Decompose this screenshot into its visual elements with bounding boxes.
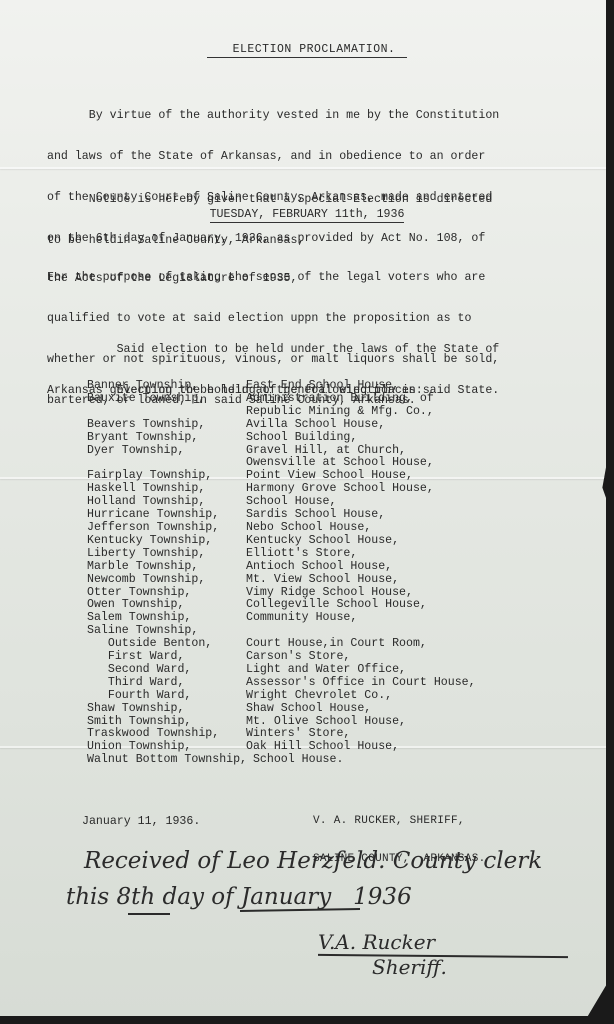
- date-signed: January 11, 1936.: [82, 815, 200, 828]
- list-item: Second Ward,Light and Water Office,: [87, 664, 476, 677]
- list-item: Jefferson Township,Nebo School House,: [87, 522, 476, 535]
- handwritten-receipt-line-1: Received of Leo Herzfeld. County clerk: [84, 848, 542, 874]
- list-item: Bauxite Township,Administration Building…: [87, 393, 476, 406]
- polling-places-list: Banner Township,East End School House, B…: [87, 380, 476, 767]
- handwritten-month: January: [241, 884, 331, 910]
- handwritten-receipt-line-2: this 8th day of January 1936: [66, 884, 412, 910]
- list-item: Banner Township,East End School House,: [87, 380, 476, 393]
- list-item: Kentucky Township,Kentucky School House,: [87, 535, 476, 548]
- list-item: First Ward,Carson's Store,: [87, 651, 476, 664]
- sheriff-signature-block: V. A. RUCKER, SHERIFF, SALINE COUNTY, AR…: [313, 790, 486, 890]
- list-item: Walnut Bottom Township, School House.: [87, 754, 476, 767]
- handwritten-underline: [128, 913, 170, 915]
- list-item: Beavers Township,Avilla School House,: [87, 419, 476, 432]
- list-item: Third Ward,Assessor's Office in Court Ho…: [87, 677, 476, 690]
- list-item: Marble Township,Antioch School House,: [87, 561, 476, 574]
- handwritten-title: Sheriff.: [372, 955, 447, 979]
- handwritten-year: 1936: [331, 884, 411, 910]
- list-item: Liberty Township,Elliott's Store,: [87, 548, 476, 561]
- proclamation-paper: ELECTION PROCLAMATION. By virtue of the …: [0, 0, 606, 1016]
- election-date: TUESDAY, FEBRUARY 11th, 1936: [0, 208, 614, 221]
- document-title: ELECTION PROCLAMATION.: [0, 43, 614, 58]
- list-item: Shaw Township,Shaw School House,: [87, 703, 476, 716]
- list-item: Republic Mining & Mfg. Co.,: [87, 406, 476, 419]
- list-item: Fourth Ward,Wright Chevrolet Co.,: [87, 690, 476, 703]
- list-item: Newcomb Township,Mt. View School House,: [87, 574, 476, 587]
- handwritten-day: 8th: [117, 884, 156, 910]
- handwritten-signature: V.A. Rucker: [318, 930, 435, 954]
- list-item: Bryant Township,School Building,: [87, 432, 476, 445]
